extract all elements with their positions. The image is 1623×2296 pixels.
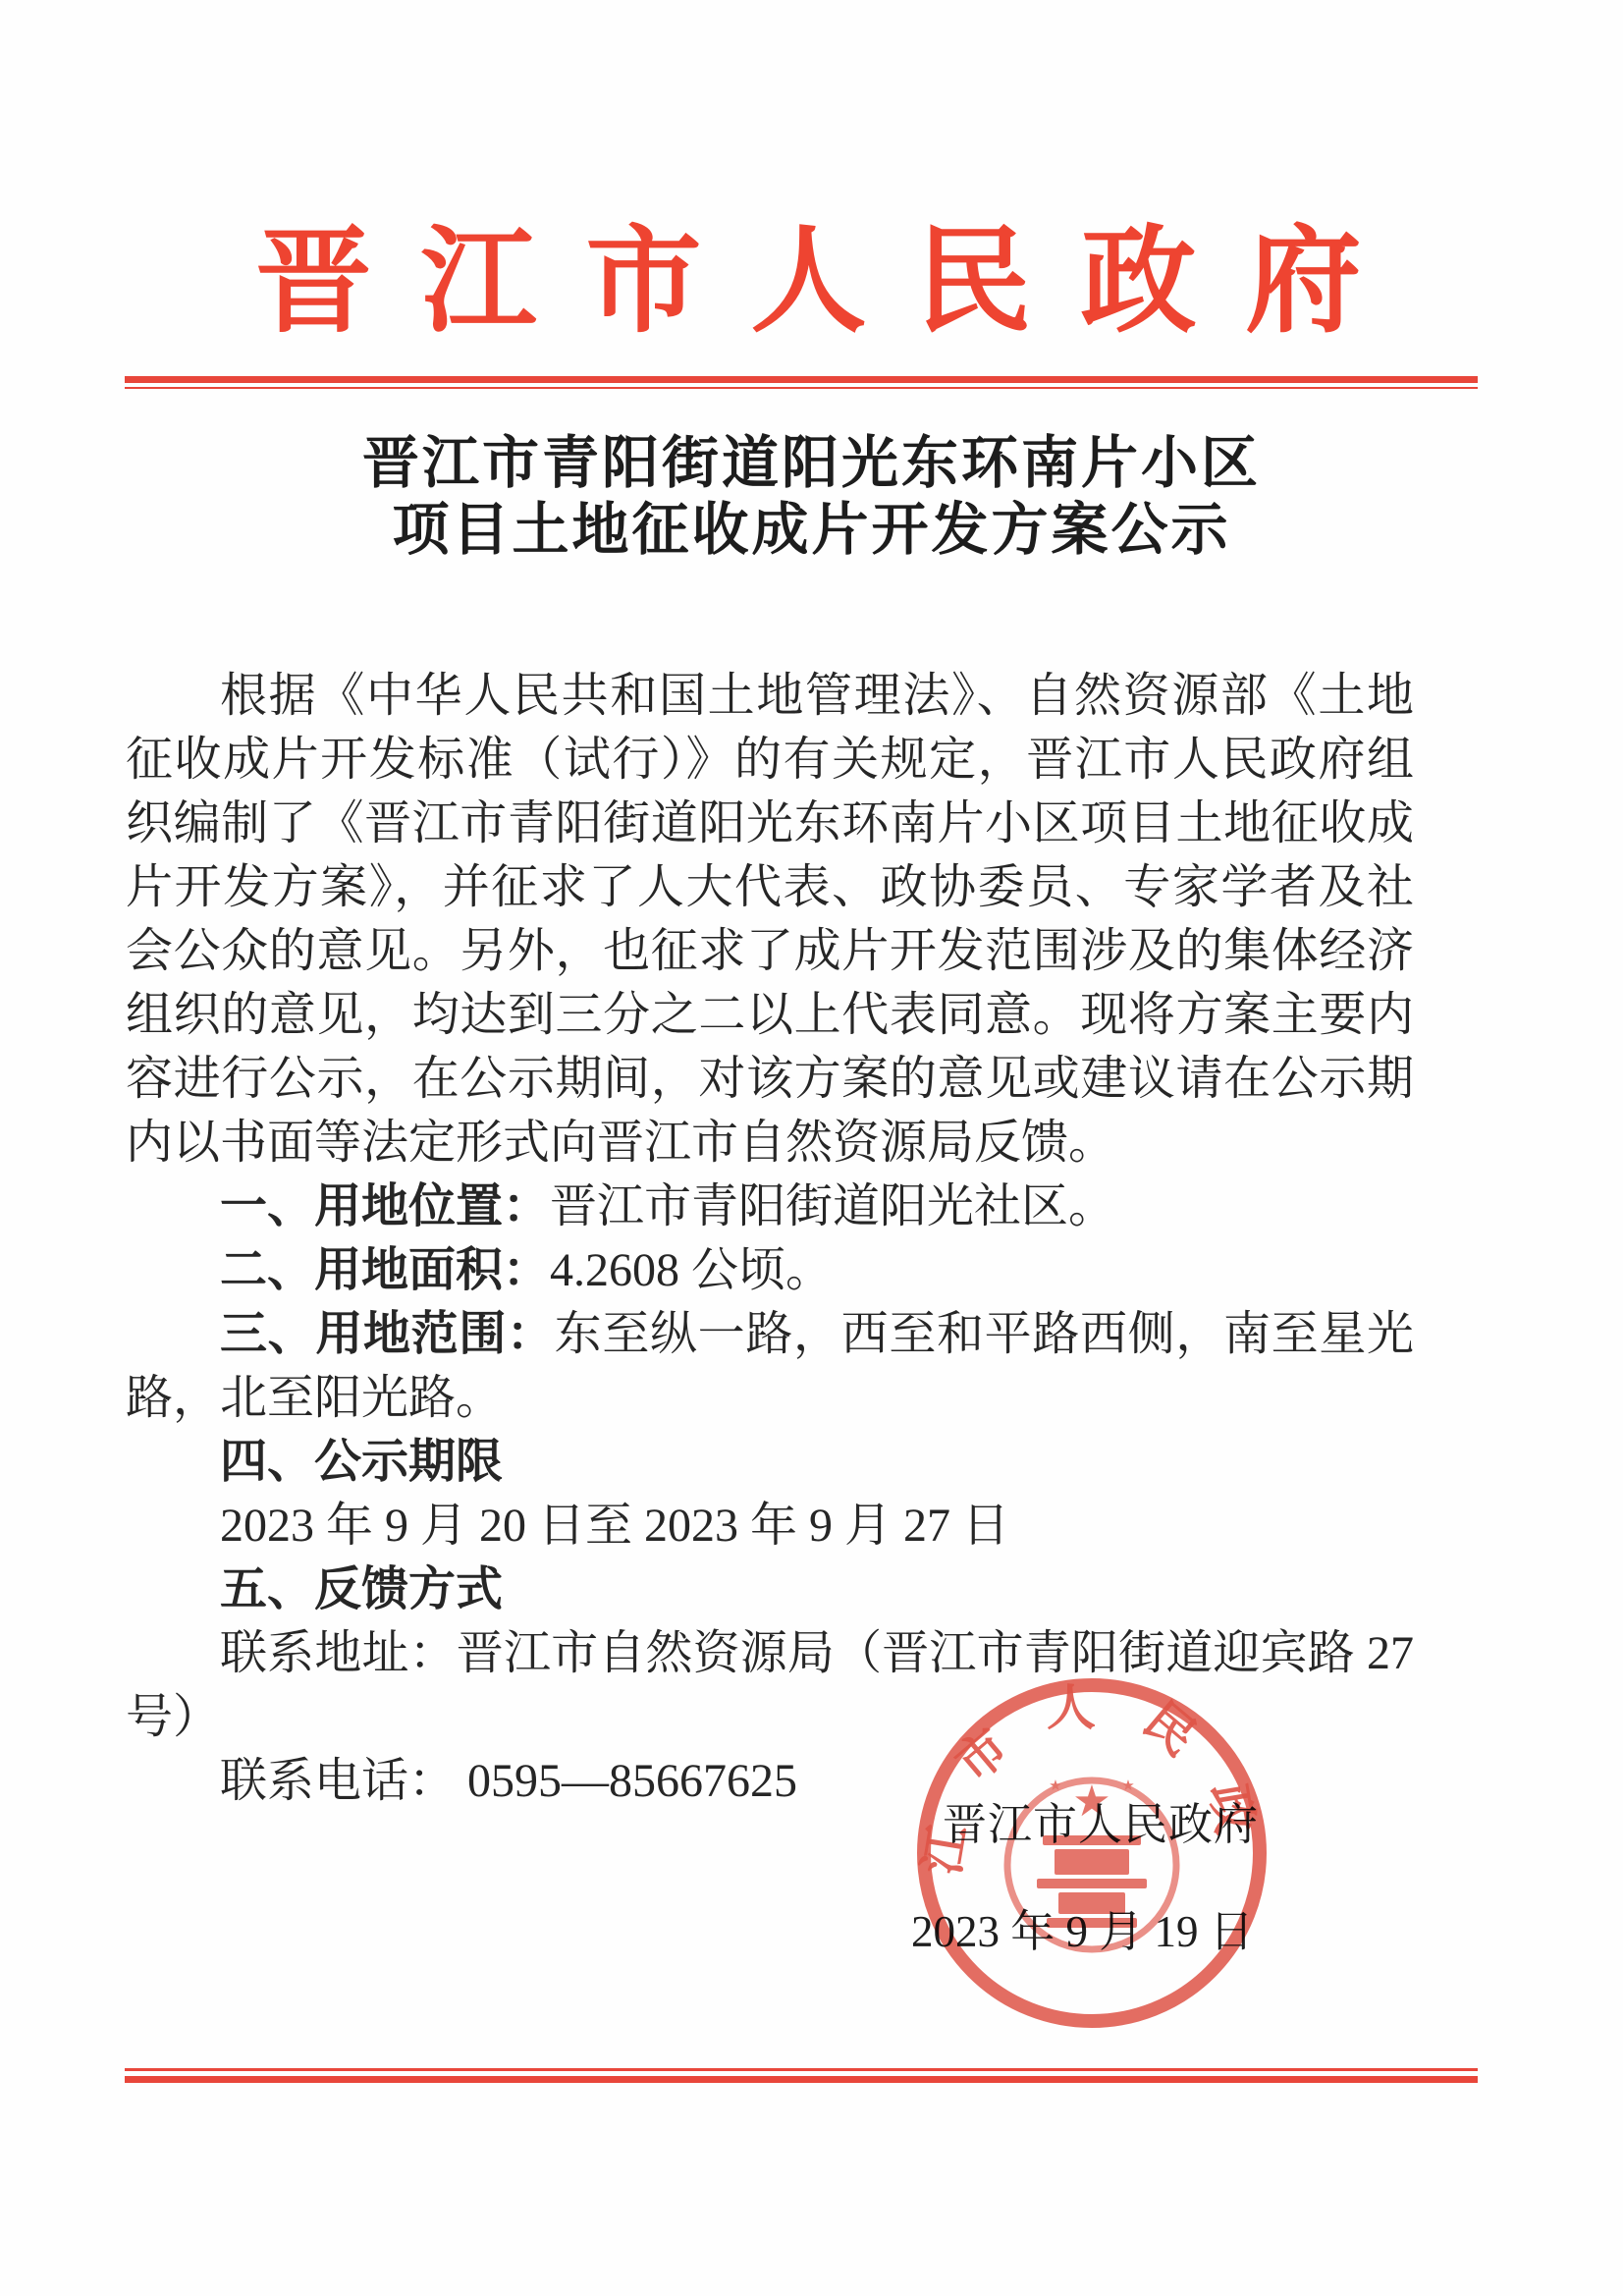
- notice-title-line1: 晋江市青阳街道阳光东环南片小区: [0, 430, 1623, 497]
- item2-label: 二、用地面积：: [220, 1244, 550, 1296]
- notice-body: 根据《中华人民共和国土地管理法》、自然资源部《土地征收成片开发标准（试行）》的有…: [126, 664, 1414, 1813]
- letterhead-title: 晋江市人民政府: [22, 214, 1623, 352]
- svg-text:晋江市人民政府: 晋江市人民政府: [909, 1670, 1270, 1879]
- item1-label: 一、用地位置：: [220, 1180, 550, 1232]
- national-emblem-icon: ★ ★ ★: [1007, 1777, 1176, 1949]
- divider-thick-line: [125, 2076, 1478, 2083]
- item-land-location: 一、用地位置：晋江市青阳街道阳光社区。: [126, 1175, 1414, 1238]
- document-page: 晋江市人民政府 晋江市青阳街道阳光东环南片小区 项目土地征收成片开发方案公示 根…: [0, 0, 1623, 2296]
- notice-title-line2: 项目土地征收成片开发方案公示: [0, 497, 1623, 564]
- item1-text: 晋江市青阳街道阳光社区。: [550, 1180, 1115, 1232]
- publicity-period-dates: 2023 年 9 月 20 日至 2023 年 9 月 27 日: [126, 1494, 1414, 1558]
- divider-thin-line: [125, 387, 1478, 389]
- seal-arc-text: 晋江市人民政府: [909, 1670, 1270, 1879]
- intro-paragraph: 根据《中华人民共和国土地管理法》、自然资源部《土地征收成片开发标准（试行）》的有…: [126, 664, 1414, 1175]
- notice-title: 晋江市青阳街道阳光东环南片小区 项目土地征收成片开发方案公示: [0, 430, 1623, 564]
- letterhead-divider: [125, 376, 1478, 389]
- svg-text:★: ★: [1049, 1778, 1061, 1794]
- svg-text:★: ★: [1072, 1777, 1110, 1826]
- item-feedback-method-heading: 五、反馈方式: [126, 1558, 1414, 1621]
- official-seal-stamp: 晋江市人民政府 ★ ★ ★: [909, 1670, 1274, 2036]
- footer-divider: [125, 2068, 1478, 2083]
- item-publicity-period-heading: 四、公示期限: [126, 1430, 1414, 1494]
- item3-label: 三、用地范围：: [220, 1308, 555, 1360]
- item-land-scope: 三、用地范围：东至纵一路，西至和平路西侧，南至星光路，北至阳光路。: [126, 1302, 1414, 1430]
- divider-thick-line: [125, 376, 1478, 383]
- item-land-area: 二、用地面积：4.2608 公顷。: [126, 1238, 1414, 1302]
- item2-text: 4.2608 公顷。: [550, 1244, 833, 1296]
- svg-text:★: ★: [1121, 1778, 1134, 1794]
